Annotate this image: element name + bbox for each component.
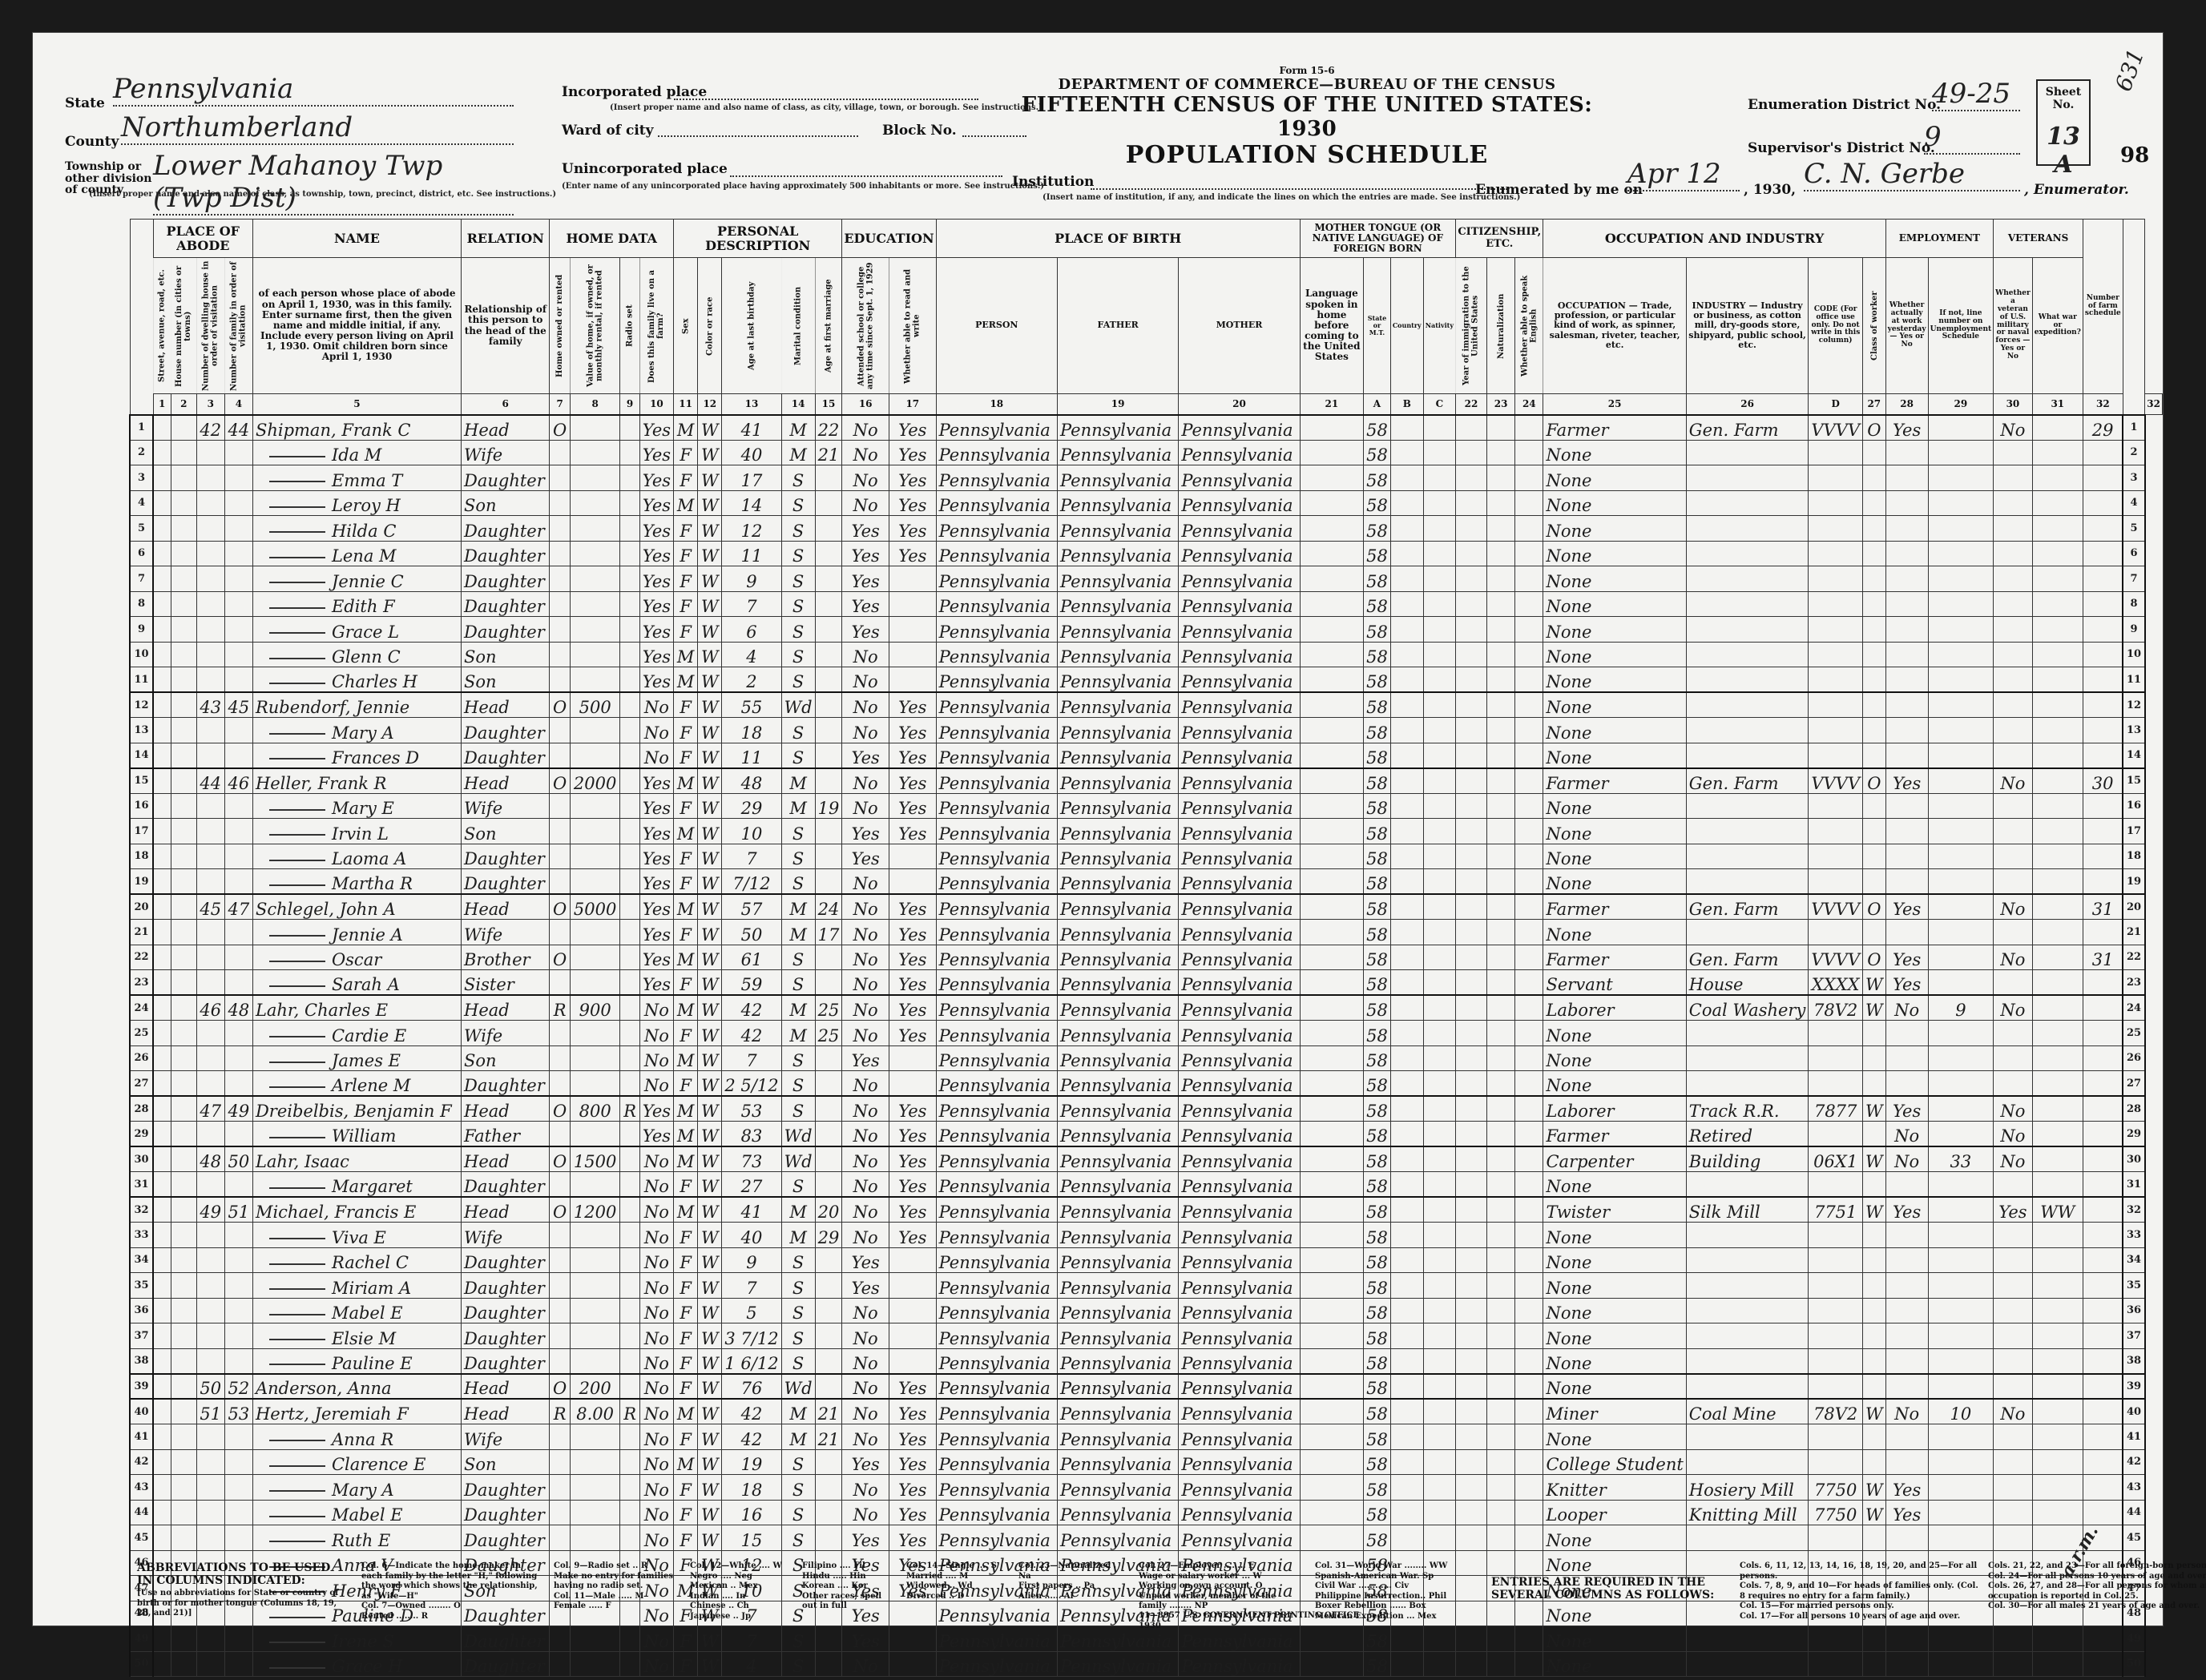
cell-industry xyxy=(1686,793,1809,819)
cell-farm: Yes xyxy=(639,793,673,819)
cell-blank xyxy=(1455,642,1486,667)
cell-veteran xyxy=(1994,465,2033,491)
cell-radio xyxy=(620,768,639,794)
cell-race: W xyxy=(698,1449,722,1475)
cell-read xyxy=(889,1045,936,1071)
cell-pob: Pennsylvania xyxy=(936,945,1057,970)
cell-blank xyxy=(1390,1298,1423,1323)
cell-code_d: VVVV xyxy=(1809,415,1863,441)
cell-at_work xyxy=(1885,566,1928,592)
cell-dwelling xyxy=(196,1172,224,1198)
cell-race: W xyxy=(698,995,722,1021)
cell-age: 42 xyxy=(722,1399,781,1424)
cell-pob_mother: Pennsylvania xyxy=(1179,490,1300,516)
cell-name: Rachel C xyxy=(252,1247,461,1273)
cell-war xyxy=(2032,1021,2083,1046)
col-number: A xyxy=(1364,394,1391,415)
table-row: 23Sarah ASisterYesFW59SNoYesPennsylvania… xyxy=(130,970,2163,996)
table-row: 27Arlene MDaughterNoFW2 5/12SNoPennsylva… xyxy=(130,1071,2163,1097)
cell-age_marriage xyxy=(815,591,842,617)
cell-industry xyxy=(1686,692,1809,718)
cell-war xyxy=(2032,793,2083,819)
cell-race: W xyxy=(698,1399,722,1424)
cell-blank xyxy=(1487,617,1515,643)
cell-code_a: 58 xyxy=(1364,1424,1391,1450)
abbreviations-note: [Use no abbreviations for State or count… xyxy=(137,1589,345,1619)
cell-relation: Wife xyxy=(462,440,550,465)
cell-war xyxy=(2032,692,2083,718)
cell-pob: Pennsylvania xyxy=(936,1500,1057,1525)
cell-blank xyxy=(171,1525,196,1551)
cell-occupation: None xyxy=(1543,440,1686,465)
cell-veteran xyxy=(1994,1449,2033,1475)
cell-industry xyxy=(1686,642,1809,667)
cell-class xyxy=(1863,1247,1886,1273)
person-name: Grace L xyxy=(332,622,399,642)
cell-family xyxy=(224,1449,252,1475)
cell-read: Yes xyxy=(889,1172,936,1198)
cell-code_a: 58 xyxy=(1364,1096,1391,1122)
cell-read: Yes xyxy=(889,1449,936,1475)
cell-industry xyxy=(1686,1223,1809,1248)
cell-blank xyxy=(1300,1223,1363,1248)
cell-blank xyxy=(1423,440,1455,465)
cell-race: W xyxy=(698,1525,722,1551)
col-number: 13 xyxy=(722,394,781,415)
cell-industry xyxy=(1686,1323,1809,1349)
cell-age: 14 xyxy=(722,490,781,516)
cell-sex: F xyxy=(674,1500,698,1525)
cell-blank xyxy=(1300,1071,1363,1097)
cell-radio xyxy=(620,642,639,667)
cell-marital: M xyxy=(781,1424,815,1450)
cell-unemp_line xyxy=(1928,1651,1994,1677)
cell-race: W xyxy=(698,1096,722,1122)
ditto-mark xyxy=(269,632,325,634)
cell-pob_father: Pennsylvania xyxy=(1057,1122,1178,1147)
cell-class xyxy=(1863,1273,1886,1299)
cell-industry: Gen. Farm xyxy=(1686,945,1809,970)
cell-dwelling xyxy=(196,465,224,491)
table-row: 6Lena MDaughterYesFW11SYesYesPennsylvani… xyxy=(130,541,2163,566)
cell-race: W xyxy=(698,1223,722,1248)
cell-blank xyxy=(1390,1374,1423,1400)
line-number-right: 9 xyxy=(2123,617,2145,643)
cell-unemp_line xyxy=(1928,1374,1994,1400)
cell-blank xyxy=(1423,819,1455,844)
cell-industry xyxy=(1686,920,1809,945)
cell-code_a: 58 xyxy=(1364,1399,1391,1424)
cell-blank xyxy=(1423,1651,1455,1677)
cell-blank xyxy=(1455,490,1486,516)
cell-war xyxy=(2032,1071,2083,1097)
cell-veteran: No xyxy=(1994,1146,2033,1172)
cell-at_work xyxy=(1885,819,1928,844)
cell-at_work xyxy=(1885,541,1928,566)
cell-code_a: 58 xyxy=(1364,920,1391,945)
cell-relation: Head xyxy=(462,894,550,920)
abbr-col27: Col. 27—Employer ........ E Wage or sala… xyxy=(1139,1561,1299,1612)
cell-read: Yes xyxy=(889,945,936,970)
col-19-header: FATHER xyxy=(1057,258,1178,394)
cell-veteran xyxy=(1994,1021,2033,1046)
cell-at_work: Yes xyxy=(1885,768,1928,794)
cell-blank xyxy=(1423,1197,1455,1223)
cell-school: No xyxy=(842,667,889,693)
cell-pob_mother: Pennsylvania xyxy=(1179,1500,1300,1525)
cell-street xyxy=(153,718,171,743)
cell-relation: Daughter xyxy=(462,516,550,542)
cell-veteran xyxy=(1994,970,2033,996)
cell-blank xyxy=(171,768,196,794)
line-number: 39 xyxy=(130,1374,153,1400)
line-number-right: 3 xyxy=(2123,465,2145,491)
cell-blank xyxy=(1515,1424,1543,1450)
cell-blank xyxy=(1423,1626,1455,1652)
cell-blank xyxy=(1390,415,1423,441)
cell-dwelling xyxy=(196,920,224,945)
cell-occupation: Knitter xyxy=(1543,1475,1686,1501)
enumerator-name: C. N. Gerbe xyxy=(1804,158,2020,191)
cell-blank xyxy=(1487,1651,1515,1677)
cell-blank xyxy=(1487,465,1515,491)
cell-blank xyxy=(1487,844,1515,869)
cell-blank xyxy=(1515,1172,1543,1198)
cell-race: W xyxy=(698,1273,722,1299)
cell-blank xyxy=(1455,995,1486,1021)
cell-marital: S xyxy=(781,1500,815,1525)
cell-blank xyxy=(1423,465,1455,491)
cell-school: No xyxy=(842,894,889,920)
cell-race: W xyxy=(698,1021,722,1046)
ditto-mark xyxy=(269,1339,325,1340)
cell-value xyxy=(570,1045,620,1071)
cell-pob_mother: Pennsylvania xyxy=(1179,819,1300,844)
table-row: 8Edith FDaughterYesFW7SYesPennsylvaniaPe… xyxy=(130,591,2163,617)
cell-race: W xyxy=(698,894,722,920)
cell-street xyxy=(153,465,171,491)
cell-veteran xyxy=(1994,591,2033,617)
cell-dwelling xyxy=(196,1500,224,1525)
cell-school: Yes xyxy=(842,1247,889,1273)
cell-school: No xyxy=(842,920,889,945)
cell-farm_sched xyxy=(2083,718,2123,743)
cell-code_a: 58 xyxy=(1364,1146,1391,1172)
line-number: 19 xyxy=(130,869,153,895)
cell-at_work xyxy=(1885,440,1928,465)
cell-value: 900 xyxy=(570,995,620,1021)
cell-farm_sched xyxy=(2083,1449,2123,1475)
cell-at_work xyxy=(1885,642,1928,667)
person-name: Mary A xyxy=(332,723,394,743)
cell-blank xyxy=(1487,1500,1515,1525)
person-name: Grace H xyxy=(332,1657,403,1676)
line-number-right: 25 xyxy=(2123,1021,2145,1046)
cell-radio xyxy=(620,869,639,895)
cell-relation: Head xyxy=(462,415,550,441)
cell-code_a: 58 xyxy=(1364,894,1391,920)
cell-street xyxy=(153,920,171,945)
cell-unemp_line xyxy=(1928,1071,1994,1097)
cell-occupation: None xyxy=(1543,1298,1686,1323)
line-number: 43 xyxy=(130,1475,153,1501)
cell-street xyxy=(153,1449,171,1475)
cell-race: W xyxy=(698,920,722,945)
institution-label: Institution xyxy=(1012,174,1094,190)
person-name: Jennie A xyxy=(332,925,403,945)
cell-code_d xyxy=(1809,1172,1863,1198)
cell-dwelling xyxy=(196,819,224,844)
col-number: 11 xyxy=(674,394,698,415)
cell-radio xyxy=(620,945,639,970)
cell-blank xyxy=(1423,945,1455,970)
cell-industry: Coal Washery xyxy=(1686,995,1809,1021)
table-row: 42Clarence ESonNoMW19SYesYesPennsylvania… xyxy=(130,1449,2163,1475)
cell-age_marriage xyxy=(815,1071,842,1097)
person-name: Mary E xyxy=(332,799,394,818)
cell-age: 15 xyxy=(722,1525,781,1551)
person-name: Rachel C xyxy=(332,1253,409,1272)
line-number-right: 7 xyxy=(2123,566,2145,592)
cell-pob_mother: Pennsylvania xyxy=(1179,667,1300,693)
cell-blank xyxy=(1515,1247,1543,1273)
cell-blank xyxy=(171,1298,196,1323)
cell-radio: R xyxy=(620,1399,639,1424)
cell-pob_father: Pennsylvania xyxy=(1057,945,1178,970)
cell-blank xyxy=(1423,1500,1455,1525)
cell-unemp_line xyxy=(1928,617,1994,643)
cell-street xyxy=(153,1323,171,1349)
cell-at_work xyxy=(1885,869,1928,895)
cell-farm: No xyxy=(639,1146,673,1172)
cell-blank xyxy=(1515,768,1543,794)
ward-label: Ward of city xyxy=(562,123,654,139)
line-number-right: 11 xyxy=(2123,667,2145,693)
cell-farm_sched xyxy=(2083,1475,2123,1501)
cell-industry xyxy=(1686,1071,1809,1097)
cell-veteran: No xyxy=(1994,1096,2033,1122)
cell-race: W xyxy=(698,1323,722,1349)
cell-code_d xyxy=(1809,1122,1863,1147)
cell-pob_mother: Pennsylvania xyxy=(1179,440,1300,465)
cell-unemp_line xyxy=(1928,1348,1994,1374)
cell-age_marriage xyxy=(815,1172,842,1198)
person-name: Sarah A xyxy=(332,975,400,994)
cell-marital: S xyxy=(781,743,815,768)
cell-farm_sched xyxy=(2083,1223,2123,1248)
cell-farm_sched xyxy=(2083,1500,2123,1525)
cell-school: No xyxy=(842,1021,889,1046)
ditto-mark xyxy=(269,1465,325,1467)
cell-name: Ida M xyxy=(252,440,461,465)
cell-value xyxy=(570,1626,620,1652)
person-name: William xyxy=(332,1126,397,1146)
cell-radio xyxy=(620,516,639,542)
cell-owned xyxy=(550,1525,570,1551)
cell-blank xyxy=(1455,1172,1486,1198)
cell-unemp_line xyxy=(1928,1172,1994,1198)
cell-blank xyxy=(1423,1223,1455,1248)
cell-family xyxy=(224,793,252,819)
cell-farm: No xyxy=(639,1525,673,1551)
cell-class xyxy=(1863,819,1886,844)
cell-code_a: 58 xyxy=(1364,1172,1391,1198)
cell-occupation: Carpenter xyxy=(1543,1146,1686,1172)
cell-dwelling xyxy=(196,1273,224,1299)
cell-pob: Pennsylvania xyxy=(936,1021,1057,1046)
cell-unemp_line xyxy=(1928,667,1994,693)
cell-age: 11 xyxy=(722,541,781,566)
cell-at_work: Yes xyxy=(1885,1500,1928,1525)
cell-class: W xyxy=(1863,1500,1886,1525)
ditto-mark xyxy=(269,557,325,558)
cell-code_d xyxy=(1809,642,1863,667)
cell-industry xyxy=(1686,566,1809,592)
cell-family xyxy=(224,844,252,869)
ditto-mark xyxy=(269,1642,325,1643)
unincorporated-label: Unincorporated place xyxy=(562,161,728,177)
cell-blank xyxy=(1390,995,1423,1021)
line-number-right: 38 xyxy=(2123,1348,2145,1374)
ditto-mark xyxy=(269,733,325,735)
cell-family xyxy=(224,718,252,743)
col-6-header: Relationship of this person to the head … xyxy=(462,258,550,394)
cell-relation: Head xyxy=(462,1374,550,1400)
cell-dwelling xyxy=(196,1223,224,1248)
cell-street xyxy=(153,1071,171,1097)
cell-marital: S xyxy=(781,642,815,667)
cell-blank xyxy=(1390,1399,1423,1424)
cell-name: Grace L xyxy=(252,617,461,643)
cell-owned: O xyxy=(550,1197,570,1223)
cell-pob: Pennsylvania xyxy=(936,995,1057,1021)
cell-code_a: 58 xyxy=(1364,1045,1391,1071)
table-row: 395052Anderson, AnnaHeadO200NoFW76WdNoYe… xyxy=(130,1374,2163,1400)
cell-marital: S xyxy=(781,1096,815,1122)
cell-owned: O xyxy=(550,894,570,920)
col-15-header: Age at first marriage xyxy=(815,258,842,394)
cell-blank xyxy=(1515,1449,1543,1475)
cell-sex: F xyxy=(674,591,698,617)
cell-radio xyxy=(620,1146,639,1172)
cell-dwelling xyxy=(196,440,224,465)
table-row: 18Laoma ADaughterYesFW7SYesPennsylvaniaP… xyxy=(130,844,2163,869)
cell-code_a: 58 xyxy=(1364,1197,1391,1223)
cell-blank xyxy=(1423,1374,1455,1400)
required-list-1: Cols. 6, 11, 12, 13, 14, 16, 18, 19, 20,… xyxy=(1740,1561,1980,1622)
line-number: 25 xyxy=(130,1021,153,1046)
cell-age: 7/12 xyxy=(722,869,781,895)
cell-blank xyxy=(1455,894,1486,920)
cell-pob: Pennsylvania xyxy=(936,440,1057,465)
cell-age_marriage xyxy=(815,1449,842,1475)
cell-farm: Yes xyxy=(639,617,673,643)
cell-street xyxy=(153,743,171,768)
line-number: 38 xyxy=(130,1348,153,1374)
ditto-mark xyxy=(269,456,325,457)
cell-age_marriage xyxy=(815,743,842,768)
cell-industry xyxy=(1686,718,1809,743)
cell-pob: Pennsylvania xyxy=(936,819,1057,844)
cell-code_a: 58 xyxy=(1364,1223,1391,1248)
cell-race: W xyxy=(698,819,722,844)
cell-family: 53 xyxy=(224,1399,252,1424)
cell-value xyxy=(570,1323,620,1349)
ditto-mark xyxy=(269,1364,325,1365)
cell-code_d xyxy=(1809,591,1863,617)
cell-name: Jennie A xyxy=(252,920,461,945)
cell-occupation: Farmer xyxy=(1543,415,1686,441)
cell-farm_sched xyxy=(2083,1651,2123,1677)
cell-race: W xyxy=(698,1045,722,1071)
cell-dwelling xyxy=(196,490,224,516)
cell-sex: F xyxy=(674,1323,698,1349)
cell-unemp_line xyxy=(1928,970,1994,996)
cell-family xyxy=(224,869,252,895)
cell-pob: Pennsylvania xyxy=(936,642,1057,667)
cell-blank xyxy=(1515,440,1543,465)
cell-blank xyxy=(171,692,196,718)
cell-veteran xyxy=(1994,1298,2033,1323)
cell-school: No xyxy=(842,1348,889,1374)
cell-veteran xyxy=(1994,718,2033,743)
cell-age_marriage xyxy=(815,1045,842,1071)
person-name: Elsie M xyxy=(332,1329,396,1348)
col-number: 4 xyxy=(224,394,252,415)
ditto-mark xyxy=(269,834,325,836)
cell-owned xyxy=(550,1348,570,1374)
cell-occupation: None xyxy=(1543,541,1686,566)
cell-farm_sched xyxy=(2083,1197,2123,1223)
cell-relation: Wife xyxy=(462,1424,550,1450)
cell-family xyxy=(224,1021,252,1046)
cell-at_work: Yes xyxy=(1885,945,1928,970)
cell-radio xyxy=(620,1348,639,1374)
line-number: 1 xyxy=(130,415,153,441)
cell-veteran xyxy=(1994,844,2033,869)
cell-marital: S xyxy=(781,1475,815,1501)
line-number: 32 xyxy=(130,1197,153,1223)
cell-pob_father: Pennsylvania xyxy=(1057,1298,1178,1323)
cell-pob: Pennsylvania xyxy=(936,1399,1057,1424)
cell-class xyxy=(1863,541,1886,566)
col-18-header: PERSON xyxy=(936,258,1057,394)
cell-war xyxy=(2032,894,2083,920)
cell-at_work xyxy=(1885,490,1928,516)
cell-industry: House xyxy=(1686,970,1809,996)
cell-age: 42 xyxy=(722,995,781,1021)
cell-read xyxy=(889,1273,936,1299)
cell-radio xyxy=(620,1449,639,1475)
cell-farm_sched xyxy=(2083,844,2123,869)
cell-relation: Daughter xyxy=(462,869,550,895)
cell-code_d xyxy=(1809,1651,1863,1677)
cell-radio xyxy=(620,1424,639,1450)
line-number: 11 xyxy=(130,667,153,693)
cell-class xyxy=(1863,1424,1886,1450)
cell-name: Glenn C xyxy=(252,642,461,667)
cell-owned xyxy=(550,1424,570,1450)
cell-value xyxy=(570,945,620,970)
cell-relation: Daughter xyxy=(462,617,550,643)
line-number: 12 xyxy=(130,692,153,718)
col-number: 32 xyxy=(2145,394,2163,415)
cell-pob_father: Pennsylvania xyxy=(1057,718,1178,743)
cell-class: W xyxy=(1863,1475,1886,1501)
cell-industry xyxy=(1686,1424,1809,1450)
line-number: 16 xyxy=(130,793,153,819)
cell-read: Yes xyxy=(889,768,936,794)
